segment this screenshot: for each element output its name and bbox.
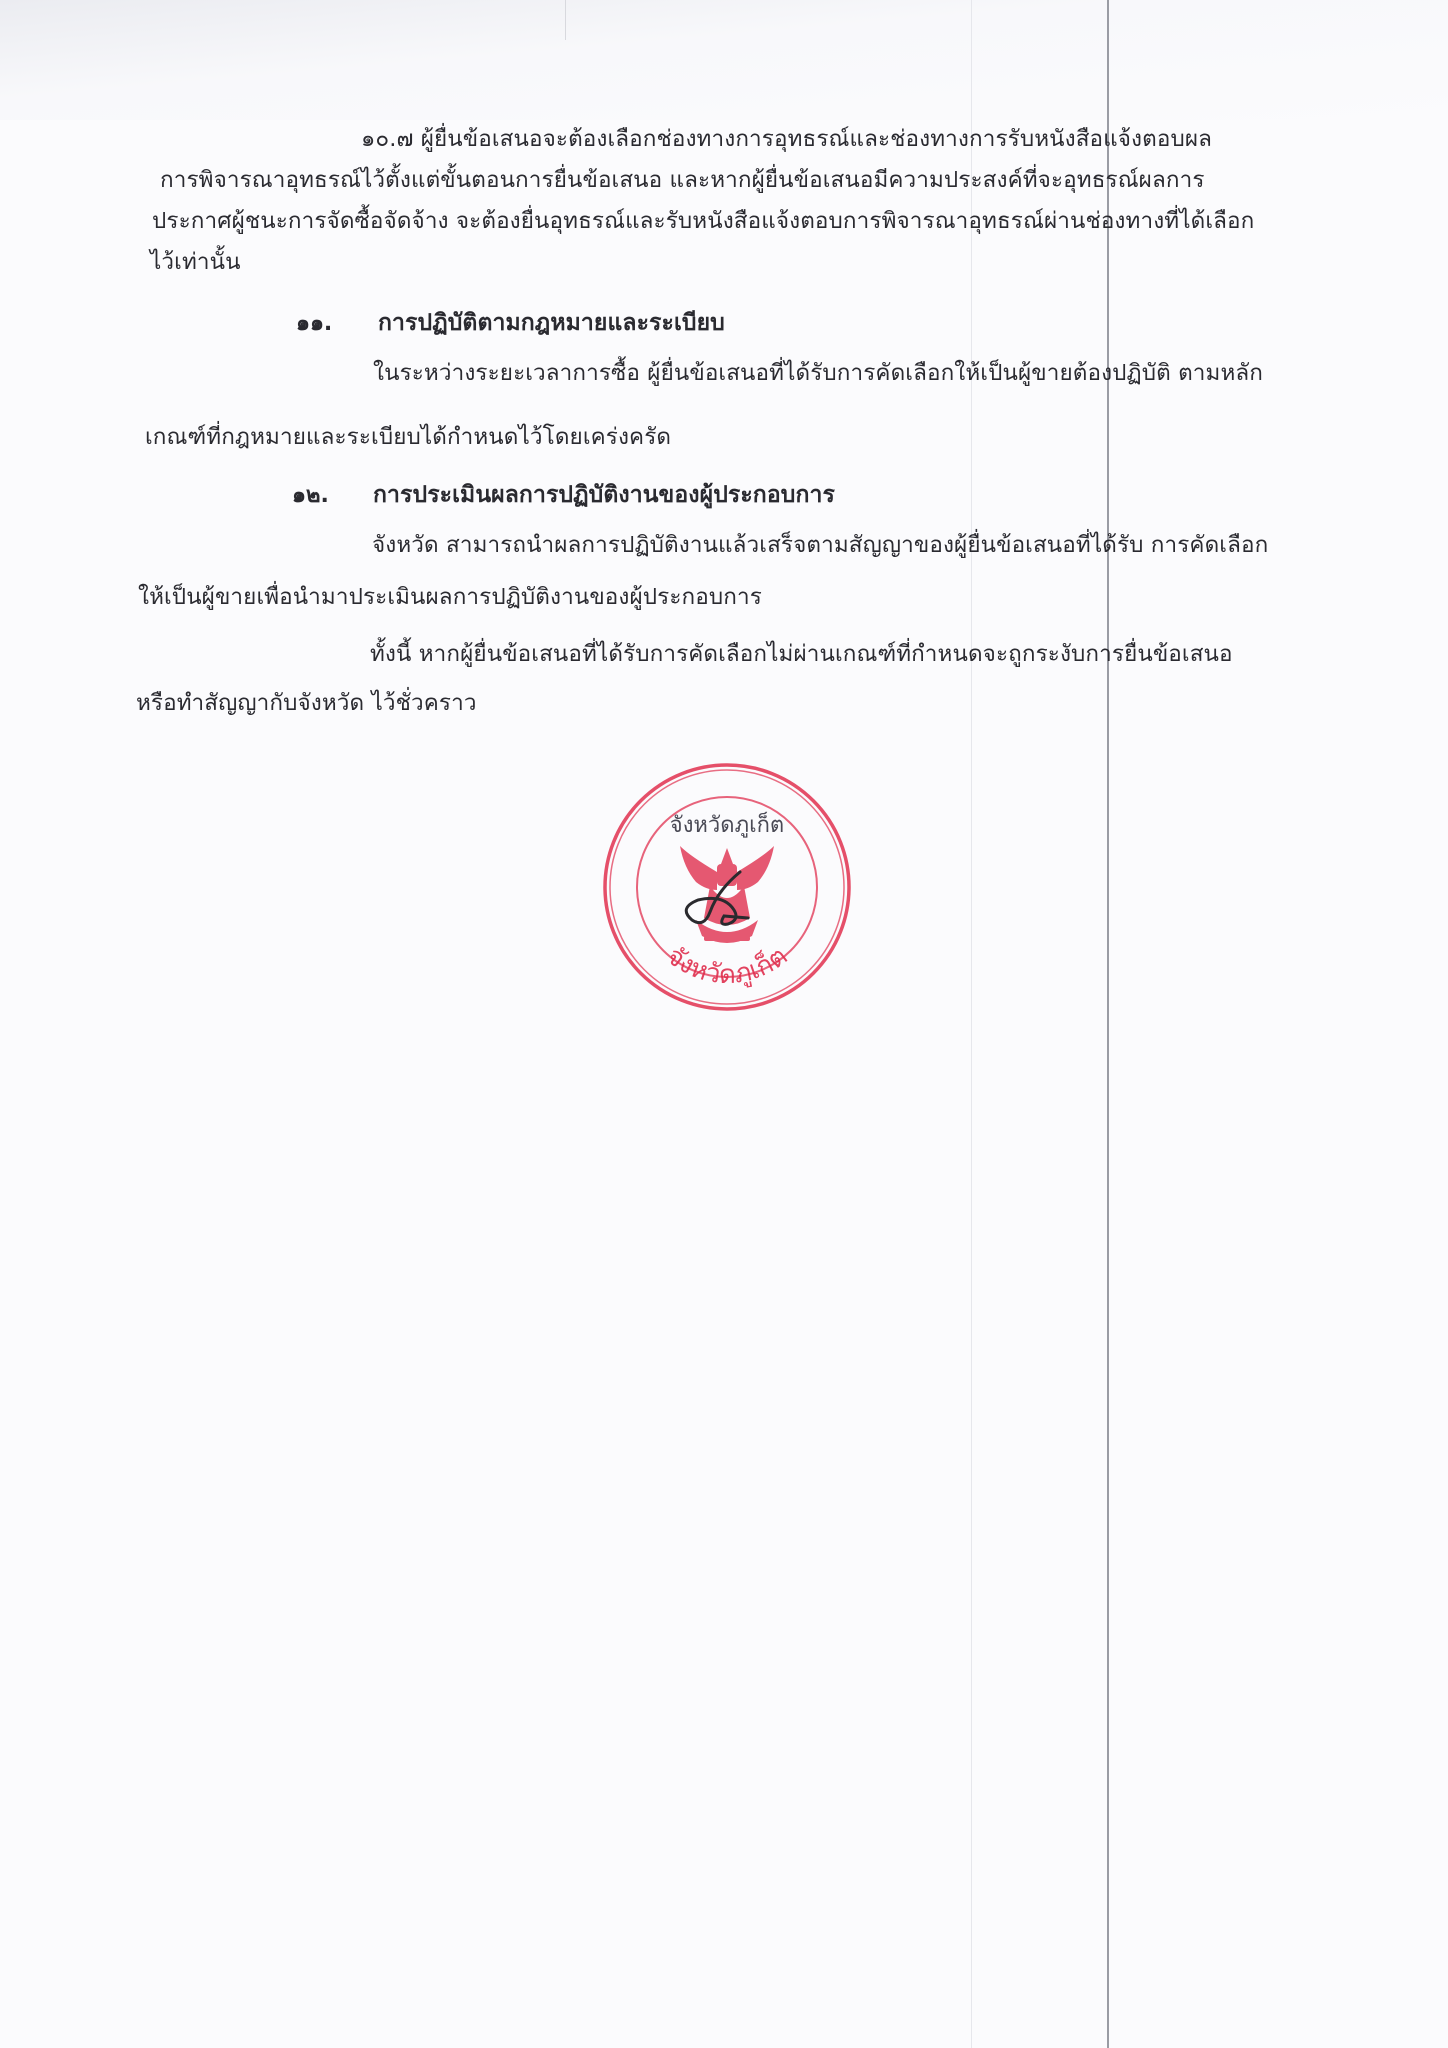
paragraph-line: ทั้งนี้ หากผู้ยื่นข้อเสนอที่ได้รับการคัด… [370, 635, 1233, 671]
fold-line [565, 0, 566, 40]
svg-text:จังหวัดภูเก็ต: จังหวัดภูเก็ต [670, 810, 784, 838]
paragraph-line: ไว้เท่านั้น [150, 243, 241, 279]
section-title: การประเมินผลการปฏิบัติงานของผู้ประกอบการ [373, 477, 835, 513]
section-title: การปฏิบัติตามกฎหมายและระเบียบ [378, 305, 725, 341]
official-seal: จังหวัดภูเก็ต จังหวัดภูเก็ต [600, 760, 854, 1014]
section-number: ๑๑. [296, 305, 332, 340]
fold-line [1107, 0, 1109, 2048]
paragraph-line: การพิจารณาอุทธรณ์ไว้ตั้งแต่ขั้นตอนการยื่… [160, 161, 1205, 197]
paragraph-line: เกณฑ์ที่กฎหมายและระเบียบได้กำหนดไว้โดยเค… [145, 418, 671, 454]
paragraph-line: หรือทำสัญญากับจังหวัด ไว้ชั่วคราว [136, 684, 477, 720]
paragraph-line: ประกาศผู้ชนะการจัดซื้อจัดจ้าง จะต้องยื่น… [152, 202, 1254, 238]
fold-line [971, 0, 972, 2048]
svg-text:จังหวัดภูเก็ต: จังหวัดภูเก็ต [661, 941, 793, 990]
paragraph-line: จังหวัด สามารถนำผลการปฏิบัติงานแล้วเสร็จ… [372, 526, 1268, 562]
garuda-emblem-icon [680, 846, 774, 943]
section-number: ๑๒. [292, 477, 329, 512]
paragraph-line: ให้เป็นผู้ขายเพื่อนำมาประเมินผลการปฏิบัต… [138, 578, 762, 614]
paragraph-line: ในระหว่างระยะเวลาการซื้อ ผู้ยื่นข้อเสนอท… [373, 354, 1263, 390]
scan-shadow [0, 0, 1448, 120]
paragraph-line: ๑๐.๗ ผู้ยื่นข้อเสนอจะต้องเลือกช่องทางการ… [361, 120, 1212, 156]
